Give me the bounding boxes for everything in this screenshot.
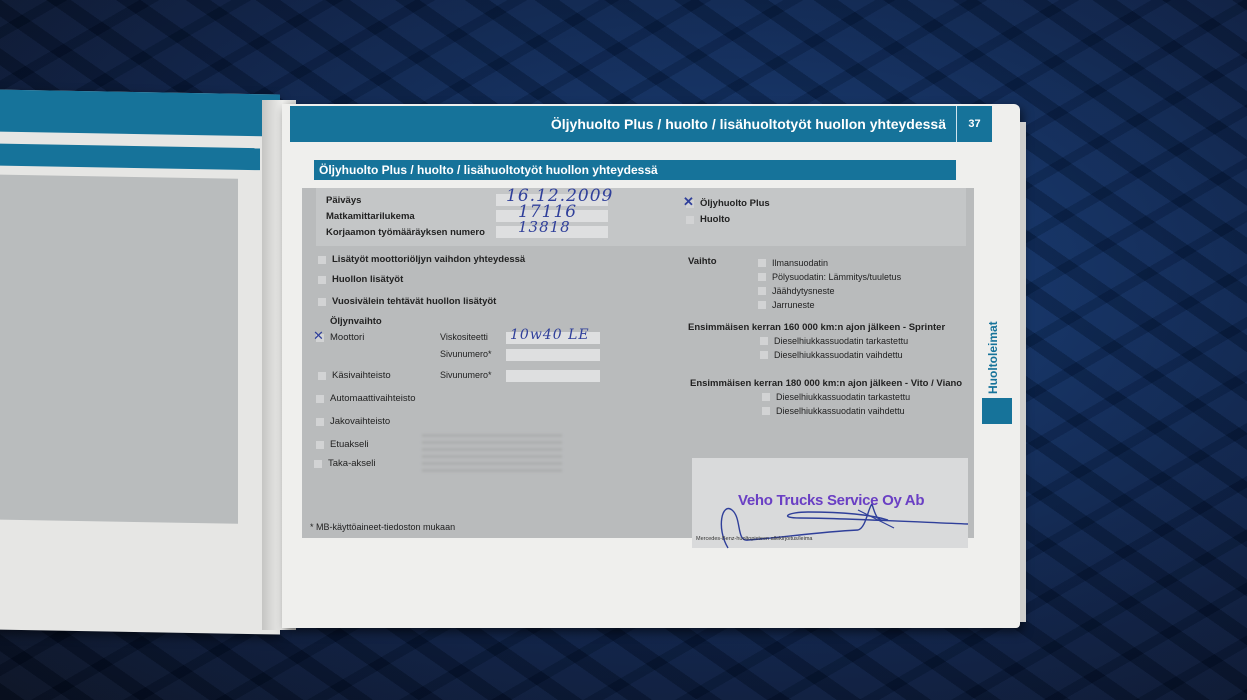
checkbox-icon[interactable] (758, 301, 766, 309)
checkbox-icon[interactable] (316, 441, 324, 449)
checkbox-icon[interactable] (762, 407, 770, 415)
item-label: Vuosivälein tehtävät huollon lisätyöt (332, 296, 496, 307)
replacement-item[interactable]: Ilmansuodatin (758, 258, 828, 268)
checkbox-icon[interactable] (318, 298, 326, 306)
item-label: Lisätyöt moottoriöljyn vaihdon yhteydess… (332, 254, 525, 265)
checkbox-icon[interactable] (758, 273, 766, 281)
right-page: Öljyhuolto Plus / huolto / lisähuoltotyö… (282, 104, 1020, 628)
checkbox-icon[interactable] (760, 351, 768, 359)
left-header-band (0, 89, 280, 136)
additional-work-item[interactable]: Lisätyöt moottoriöljyn vaihdon yhteydess… (318, 254, 525, 265)
replacement-title: Vaihto (688, 256, 717, 267)
running-header-title: Öljyhuolto Plus / huolto / lisähuoltotyö… (551, 116, 956, 132)
service-type-oljyhuolto-plus[interactable]: Öljyhuolto Plus (686, 198, 770, 209)
stamp-company: Veho Trucks Service Oy Ab (738, 492, 924, 509)
item-label: Automaattivaihteisto (330, 393, 416, 404)
checkbox-icon[interactable] (760, 337, 768, 345)
service-type-label: Huolto (700, 214, 730, 225)
checkbox-icon[interactable] (686, 216, 694, 224)
sprinter-title: Ensimmäisen kerran 160 000 km:n ajon jäl… (688, 322, 945, 333)
item-label: Jäähdytysneste (772, 286, 835, 296)
checkbox-icon[interactable] (762, 393, 770, 401)
page-number-label: Sivunumero* (440, 370, 492, 380)
viscosity-value: 10w40 LE (510, 327, 590, 343)
oil-change-item[interactable]: Automaattivaihteisto (316, 393, 416, 404)
checkbox-icon[interactable] (316, 395, 324, 403)
checkbox-icon[interactable] (318, 256, 326, 264)
additional-work-item[interactable]: Huollon lisätyöt (318, 274, 403, 285)
left-page (0, 89, 280, 634)
work-order-field[interactable]: 13818 (496, 226, 608, 238)
item-label: Pölysuodatin: Lämmitys/tuuletus (772, 272, 901, 282)
left-section-band (0, 143, 260, 170)
engine-oil-item[interactable]: Moottori (316, 332, 364, 343)
faded-stamp-imprint (422, 432, 562, 472)
replacement-item[interactable]: Jarruneste (758, 300, 815, 310)
vito-viano-item[interactable]: Dieselhiukkassuodatin tarkastettu (762, 392, 910, 402)
service-form: Päiväys 16.12.2009 Matkamittarilukema 17… (302, 188, 974, 538)
item-label: Jarruneste (772, 300, 815, 310)
replacement-item[interactable]: Pölysuodatin: Lämmitys/tuuletus (758, 272, 901, 282)
item-label: Etuakseli (330, 439, 369, 450)
item-label: Dieselhiukkassuodatin tarkastettu (776, 392, 910, 402)
checkbox-icon[interactable] (318, 372, 326, 380)
side-tab-marker (982, 398, 1012, 424)
left-form-area (0, 174, 238, 523)
item-label: Dieselhiukkassuodatin vaihdettu (774, 350, 903, 360)
stamp-caption: Mercedes-Benz-huoltopisteen allekirjoitu… (696, 536, 812, 542)
checkbox-icon[interactable] (758, 287, 766, 295)
service-type-label: Öljyhuolto Plus (700, 198, 770, 209)
side-tab[interactable]: Huoltoleimat (982, 294, 1016, 434)
work-order-label: Korjaamon työmääräyksen numero (326, 227, 496, 238)
service-type-huolto[interactable]: Huolto (686, 214, 730, 225)
section-title: Öljyhuolto Plus / huolto / lisähuoltotyö… (314, 160, 956, 180)
page-edge (1020, 122, 1026, 622)
running-header: Öljyhuolto Plus / huolto / lisähuoltotyö… (290, 106, 992, 142)
oil-change-item[interactable]: Jakovaihteisto (316, 416, 390, 427)
checkbox-icon[interactable] (316, 418, 324, 426)
footnote: * MB-käyttöaineet-tiedoston mukaan (310, 522, 455, 532)
page-number: 37 (956, 106, 992, 142)
vito-viano-item[interactable]: Dieselhiukkassuodatin vaihdettu (762, 406, 905, 416)
item-label: Moottori (330, 332, 364, 343)
viscosity-label: Viskositeetti (440, 332, 488, 342)
checkbox-checked-icon[interactable] (316, 334, 324, 342)
checkbox-icon[interactable] (318, 276, 326, 284)
sprinter-item[interactable]: Dieselhiukkassuodatin vaihdettu (760, 350, 903, 360)
checkbox-icon[interactable] (314, 460, 322, 468)
date-label: Päiväys (326, 195, 496, 206)
oil-change-title: Öljynvaihto (330, 316, 382, 327)
replacement-item[interactable]: Jäähdytysneste (758, 286, 835, 296)
vito-viano-title: Ensimmäisen kerran 180 000 km:n ajon jäl… (690, 378, 962, 389)
signature-stamp-box[interactable]: Veho Trucks Service Oy Ab Mercedes-Benz-… (692, 458, 968, 548)
page-number-label: Sivunumero* (440, 349, 492, 359)
checkbox-icon[interactable] (758, 259, 766, 267)
oil-change-item[interactable]: Etuakseli (316, 439, 369, 450)
sprinter-item[interactable]: Dieselhiukkassuodatin tarkastettu (760, 336, 908, 346)
work-order-field-row: Korjaamon työmääräyksen numero 13818 (326, 224, 608, 240)
checkbox-checked-icon[interactable] (686, 200, 694, 208)
oil-change-item[interactable]: Taka-akseli (314, 458, 376, 469)
viscosity-field[interactable]: 10w40 LE (506, 332, 600, 344)
additional-work-item[interactable]: Vuosivälein tehtävät huollon lisätyöt (318, 296, 496, 307)
item-label: Taka-akseli (328, 458, 376, 469)
side-tab-label: Huoltoleimat (986, 294, 1000, 394)
item-label: Jakovaihteisto (330, 416, 390, 427)
manual-page-number-field[interactable] (506, 370, 600, 382)
item-label: Ilmansuodatin (772, 258, 828, 268)
manual-gearbox-item[interactable]: Käsivaihteisto (318, 370, 391, 381)
item-label: Käsivaihteisto (332, 370, 391, 381)
odometer-label: Matkamittarilukema (326, 211, 496, 222)
item-label: Dieselhiukkassuodatin tarkastettu (774, 336, 908, 346)
engine-page-number-field[interactable] (506, 349, 600, 361)
work-order-value: 13818 (518, 218, 571, 236)
info-panel: Päiväys 16.12.2009 Matkamittarilukema 17… (316, 188, 966, 246)
item-label: Huollon lisätyöt (332, 274, 403, 285)
item-label: Dieselhiukkassuodatin vaihdettu (776, 406, 905, 416)
